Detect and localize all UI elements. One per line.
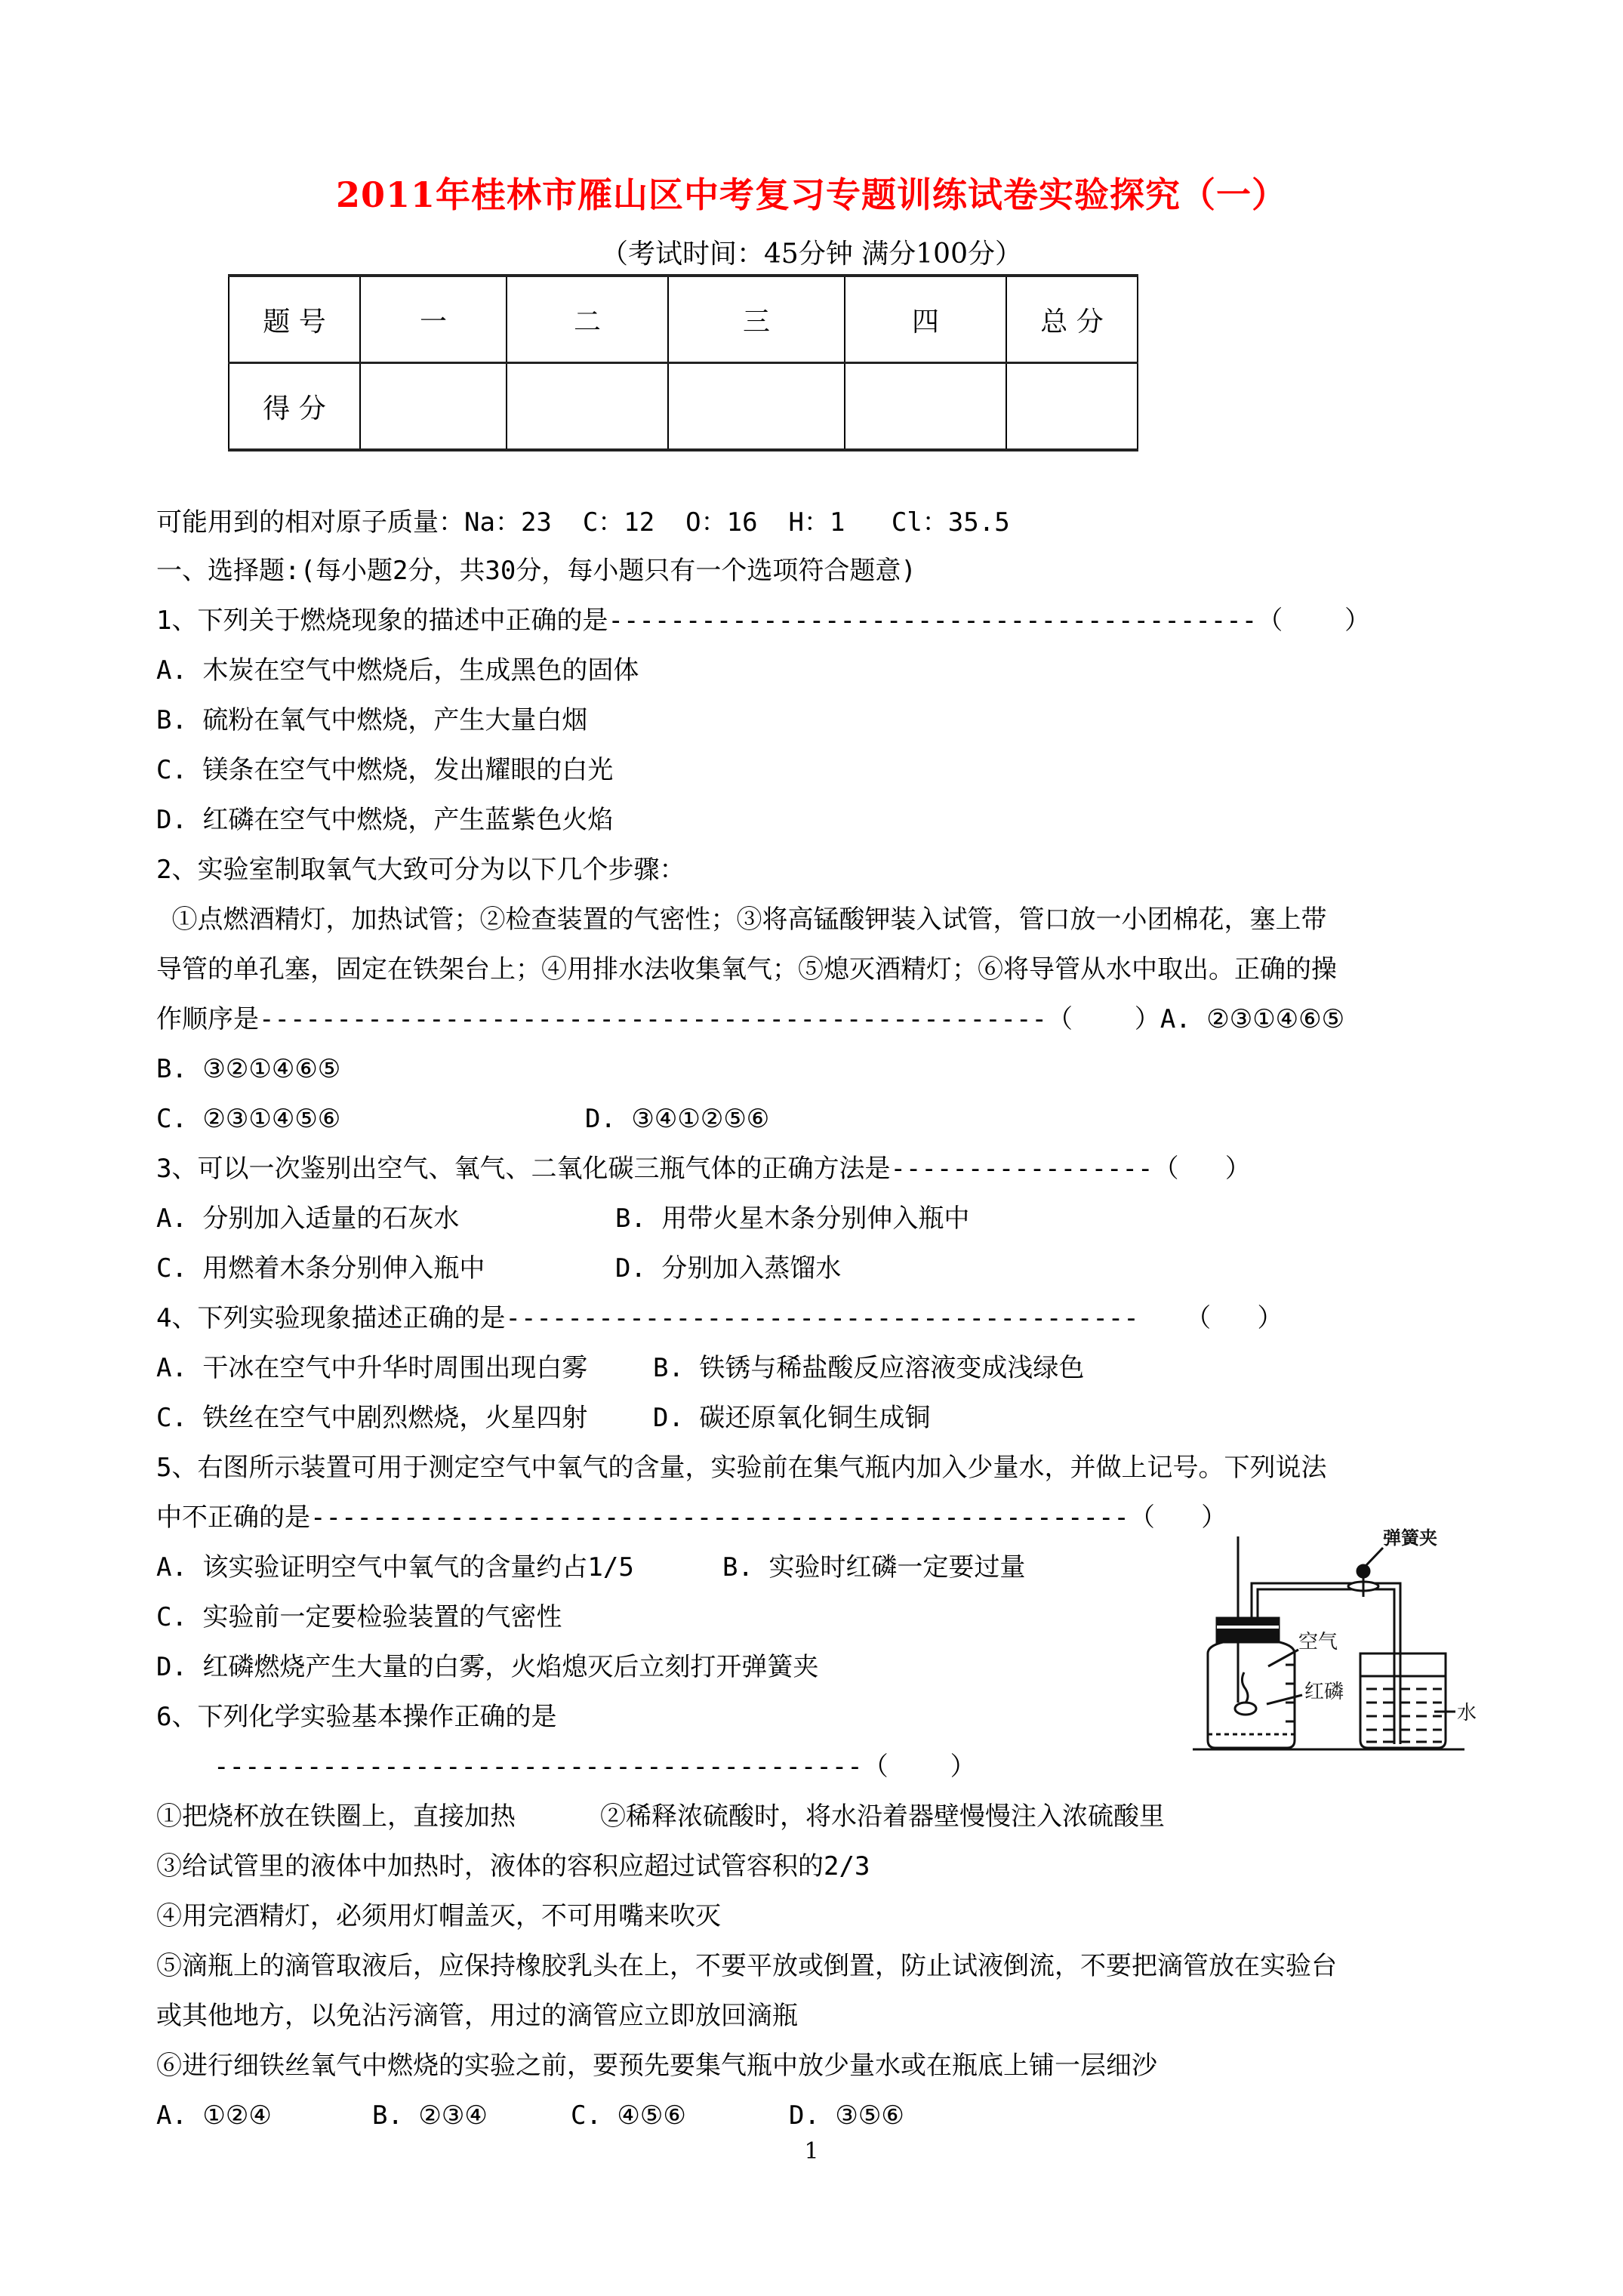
q5-option-d: D. 红磷燃烧产生大量的白雾，火焰熄灭后立刻打开弹簧夹 bbox=[156, 1652, 818, 1682]
q5-option-a: A. 该实验证明空气中氧气的含量约占1/5 bbox=[156, 1552, 634, 1583]
q5-stem-line2: 中不正确的是----------------------------------… bbox=[156, 1502, 1227, 1533]
q2-steps-line3: 作顺序是------------------------------------… bbox=[156, 1004, 1344, 1034]
label-spring-clamp: 弹簧夹 bbox=[1383, 1527, 1437, 1549]
q2-option-c: C. ②③①④⑤⑥ bbox=[156, 1104, 340, 1134]
q2-option-b: B. ③②①④⑥⑤ bbox=[156, 1054, 340, 1084]
col-2: 二 bbox=[507, 276, 668, 363]
col-1: 一 bbox=[360, 276, 507, 363]
q1-option-b: B. 硫粉在氧气中燃烧，产生大量白烟 bbox=[156, 705, 587, 735]
atomic-masses: 可能用到的相对原子质量：Na：23 C：12 O：16 H：1 Cl：35.5 bbox=[156, 507, 1010, 538]
col-total: 总 分 bbox=[1006, 276, 1138, 363]
q2-stem: 2、实验室制取氧气大致可分为以下几个步骤： bbox=[156, 855, 685, 885]
q2-steps-line2: 导管的单孔塞，固定在铁架台上；④用排水法收集氧气；⑤熄灭酒精灯；⑥将导管从水中取… bbox=[156, 954, 1337, 985]
q2-steps-line1: ①点燃酒精灯，加热试管；②检查装置的气密性；③将高锰酸钾装入试管，管口放一小团棉… bbox=[156, 905, 1326, 935]
q6-statement-1: ①把烧杯放在铁圈上，直接加热 bbox=[156, 1801, 516, 1832]
q6-option-a: A. ①②④ bbox=[156, 2100, 272, 2131]
label-red-phosphorus: 红磷 bbox=[1304, 1681, 1344, 1703]
q4-option-a: A. 干冰在空气中升华时周围出现白雾 bbox=[156, 1353, 587, 1383]
q5-option-b: B. 实验时红磷一定要过量 bbox=[722, 1552, 1025, 1583]
page-number: 1 bbox=[0, 2138, 1623, 2165]
exam-info: （考试时间：45分钟 满分100分） bbox=[0, 233, 1623, 271]
score-cell-1 bbox=[360, 363, 507, 451]
q3-option-d: D. 分别加入蒸馏水 bbox=[615, 1253, 841, 1284]
score-cell-2 bbox=[507, 363, 668, 451]
q3-option-b: B. 用带火星木条分别伸入瓶中 bbox=[615, 1203, 969, 1234]
col-3: 三 bbox=[668, 276, 845, 363]
q5-option-c: C. 实验前一定要检验装置的气密性 bbox=[156, 1602, 562, 1632]
score-cell-4 bbox=[845, 363, 1006, 451]
col-4: 四 bbox=[845, 276, 1006, 363]
label-air: 空气 bbox=[1298, 1631, 1338, 1653]
q6-statement-2: ②稀释浓硫酸时，将水沿着器壁慢慢注入浓硫酸里 bbox=[600, 1801, 1165, 1832]
section-heading: 一、选择题:(每小题2分，共30分，每小题只有一个选项符合题意) bbox=[156, 556, 916, 586]
q4-stem: 4、下列实验现象描述正确的是--------------------------… bbox=[156, 1303, 1283, 1333]
q3-option-a: A. 分别加入适量的石灰水 bbox=[156, 1203, 459, 1234]
q6-statement-3: ③给试管里的液体中加热时，液体的容积应超过试管容积的2/3 bbox=[156, 1851, 870, 1881]
q1-option-c: C. 镁条在空气中燃烧，发出耀眼的白光 bbox=[156, 755, 613, 785]
score-cell-3 bbox=[668, 363, 845, 451]
q4-option-d: D. 碳还原氧化铜生成铜 bbox=[653, 1403, 930, 1433]
label-water: 水 bbox=[1457, 1702, 1477, 1724]
q6-option-d: D. ③⑤⑥ bbox=[789, 2100, 904, 2131]
row-header-question-no: 题 号 bbox=[229, 276, 360, 363]
q6-statement-4: ④用完酒精灯，必须用灯帽盖灭，不可用嘴来吹灭 bbox=[156, 1901, 721, 1931]
q6-statement-6: ⑥进行细铁丝氧气中燃烧的实验之前，要预先要集气瓶中放少量水或在瓶底上铺一层细沙 bbox=[156, 2051, 1157, 2081]
q1-stem: 1、下列关于燃烧现象的描述中正确的是----------------------… bbox=[156, 606, 1370, 636]
document-title: 2011年桂林市雁山区中考复习专题训练试卷实验探究（一） bbox=[0, 168, 1623, 217]
q6-option-b: B. ②③④ bbox=[372, 2100, 488, 2131]
q2-option-d: D. ③④①②⑤⑥ bbox=[585, 1104, 769, 1134]
q4-option-b: B. 铁锈与稀盐酸反应溶液变成浅绿色 bbox=[653, 1353, 1084, 1383]
apparatus-drawing: 弹簧夹 空气 红磷 水 bbox=[1185, 1521, 1517, 1755]
q1-option-a: A. 木炭在空气中燃烧后，生成黑色的固体 bbox=[156, 655, 639, 686]
q3-option-c: C. 用燃着木条分别伸入瓶中 bbox=[156, 1253, 485, 1284]
q1-option-d: D. 红磷在空气中燃烧，产生蓝紫色火焰 bbox=[156, 805, 613, 835]
oxygen-measurement-apparatus-figure: 弹簧夹 空气 红磷 水 bbox=[1185, 1521, 1517, 1755]
q6-stem: 6、下列化学实验基本操作正确的是 bbox=[156, 1702, 556, 1732]
row-header-score: 得 分 bbox=[229, 363, 360, 451]
q4-option-c: C. 铁丝在空气中剧烈燃烧，火星四射 bbox=[156, 1403, 587, 1433]
score-table: 题 号 一 二 三 四 总 分 得 分 bbox=[228, 274, 1138, 451]
q6-answer-blank: ----------------------------------------… bbox=[214, 1752, 976, 1782]
q6-statement-5-line2: 或其他地方，以免沾污滴管，用过的滴管应立即放回滴瓶 bbox=[156, 2001, 798, 2031]
q6-statement-5-line1: ⑤滴瓶上的滴管取液后，应保持橡胶乳头在上，不要平放或倒置，防止试液倒流，不要把滴… bbox=[156, 1951, 1337, 1981]
q6-option-c: C. ④⑤⑥ bbox=[571, 2100, 686, 2131]
score-cell-total bbox=[1006, 363, 1138, 451]
q3-stem: 3、可以一次鉴别出空气、氧气、二氧化碳三瓶气体的正确方法是-----------… bbox=[156, 1154, 1251, 1184]
q5-stem-line1: 5、右图所示装置可用于测定空气中氧气的含量，实验前在集气瓶内加入少量水，并做上记… bbox=[156, 1453, 1326, 1483]
